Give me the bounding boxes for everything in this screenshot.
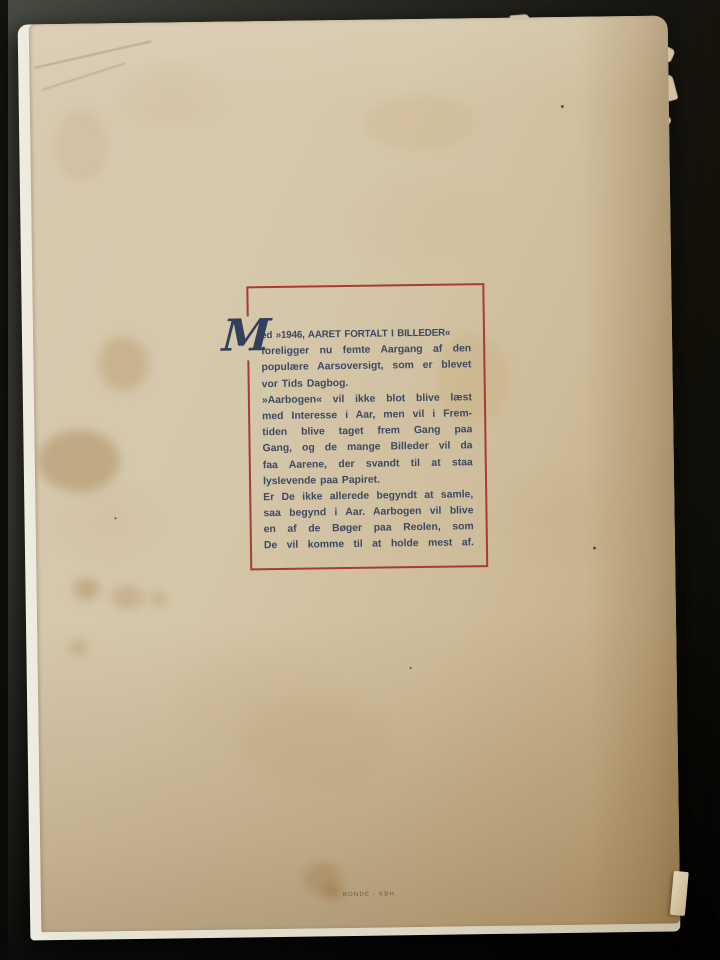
foxing-stain — [111, 585, 143, 609]
foxing-stain — [98, 336, 149, 392]
backdrop-shadow-strip — [0, 0, 8, 960]
speck — [593, 547, 596, 550]
foxing-stain — [151, 592, 167, 606]
foxing-stain — [37, 429, 120, 492]
crease-line — [34, 40, 151, 68]
drop-cap-initial: M — [221, 314, 263, 359]
red-border-frame: M ed »1946, AARET FORTALT I BILLEDER« fo… — [246, 283, 488, 570]
photo-of-book-back-cover: M ed »1946, AARET FORTALT I BILLEDER« fo… — [0, 0, 720, 960]
printer-mark: BONDE - KBH. — [343, 891, 398, 898]
crease-line — [41, 62, 125, 90]
foxing-stain — [241, 695, 392, 789]
back-cover: M ed »1946, AARET FORTALT I BILLEDER« fo… — [29, 16, 681, 933]
book: M ed »1946, AARET FORTALT I BILLEDER« fo… — [18, 16, 681, 941]
blurb-line: faa Aarene, der svandt til at staa — [263, 455, 473, 474]
blurb-line: De vil komme til at holde mest af. — [264, 536, 474, 555]
speck — [115, 517, 117, 519]
foxing-stain — [55, 109, 108, 182]
foxing-stain — [73, 577, 99, 599]
blurb-line: populære Aarsoversigt, som er blevet — [261, 358, 471, 377]
speck — [410, 667, 412, 669]
foxing-stain — [363, 94, 476, 152]
blurb-text: M ed »1946, AARET FORTALT I BILLEDER« fo… — [261, 325, 474, 555]
foxing-stain — [69, 640, 87, 656]
foxing-stain — [303, 862, 341, 895]
speck — [561, 105, 564, 108]
foxing-stain — [323, 884, 343, 900]
